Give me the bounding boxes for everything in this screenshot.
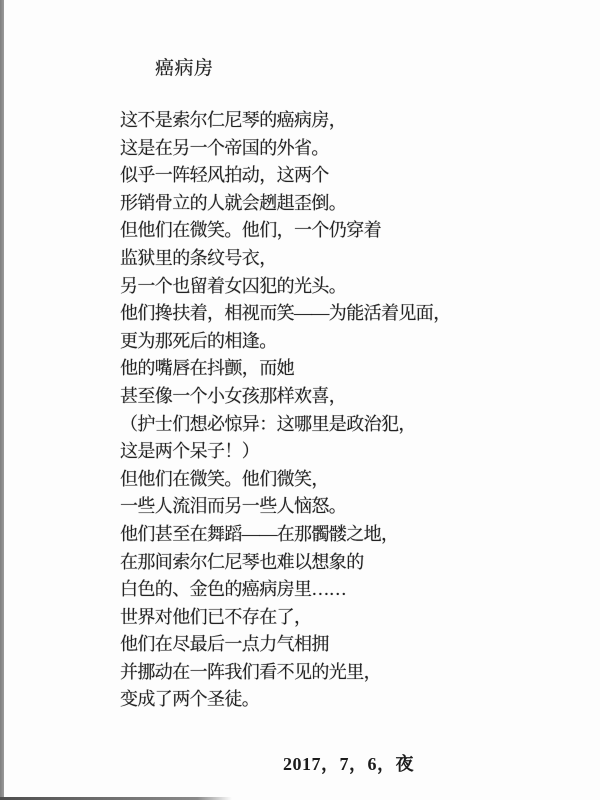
poem-line: 形销骨立的人就会趔趄歪倒。 — [120, 190, 580, 218]
poem-line: 他的嘴唇在抖颤，而她 — [120, 355, 580, 383]
poem-line: 在那间索尔仁尼琴也难以想象的 — [120, 549, 580, 577]
poem-line: 但他们在微笑。他们微笑， — [120, 466, 580, 494]
poem-line: 他们搀扶着，相视而笑——为能活着见面， — [120, 300, 580, 328]
poem-line: 他们在尽最后一点力气相拥 — [120, 631, 580, 659]
poem-line: 更为那死后的相逢。 — [120, 328, 580, 356]
poem-line: 白色的、金色的癌病房里…… — [120, 576, 580, 604]
poem-line: 世界对他们已不存在了， — [120, 604, 580, 632]
poem-line: 这是在另一个帝国的外省。 — [120, 135, 580, 163]
poem-line: 变成了两个圣徒。 — [120, 686, 580, 714]
page-left-scan-edge — [0, 0, 4, 800]
poem-line: 这是两个呆子！） — [120, 438, 580, 466]
poem-line: 似乎一阵轻风拍动，这两个 — [120, 162, 580, 190]
poem-line: 监狱里的条纹号衣， — [120, 245, 580, 273]
poem-line: 并挪动在一阵我们看不见的光里， — [120, 659, 580, 687]
poem-line: 甚至像一个小女孩那样欢喜， — [120, 383, 580, 411]
poem-line: 但他们在微笑。他们，一个仍穿着 — [120, 217, 580, 245]
poem-line: 他们甚至在舞蹈——在那髑髅之地， — [120, 521, 580, 549]
poem-line: 一些人流泪而另一些人恼怒。 — [120, 493, 580, 521]
poem-body: 这不是索尔仁尼琴的癌病房， 这是在另一个帝国的外省。 似乎一阵轻风拍动，这两个 … — [120, 107, 580, 714]
poem-line: 另一个也留着女囚犯的光头。 — [120, 273, 580, 301]
date-line: 2017，7，6，夜 — [283, 751, 414, 777]
poem-line: （护士们想必惊异：这哪里是政治犯， — [120, 411, 580, 439]
scanned-poem-page: 癌病房 这不是索尔仁尼琴的癌病房， 这是在另一个帝国的外省。 似乎一阵轻风拍动，… — [0, 0, 600, 800]
poem-title: 癌病房 — [155, 56, 214, 82]
poem-line: 这不是索尔仁尼琴的癌病房， — [120, 107, 580, 135]
